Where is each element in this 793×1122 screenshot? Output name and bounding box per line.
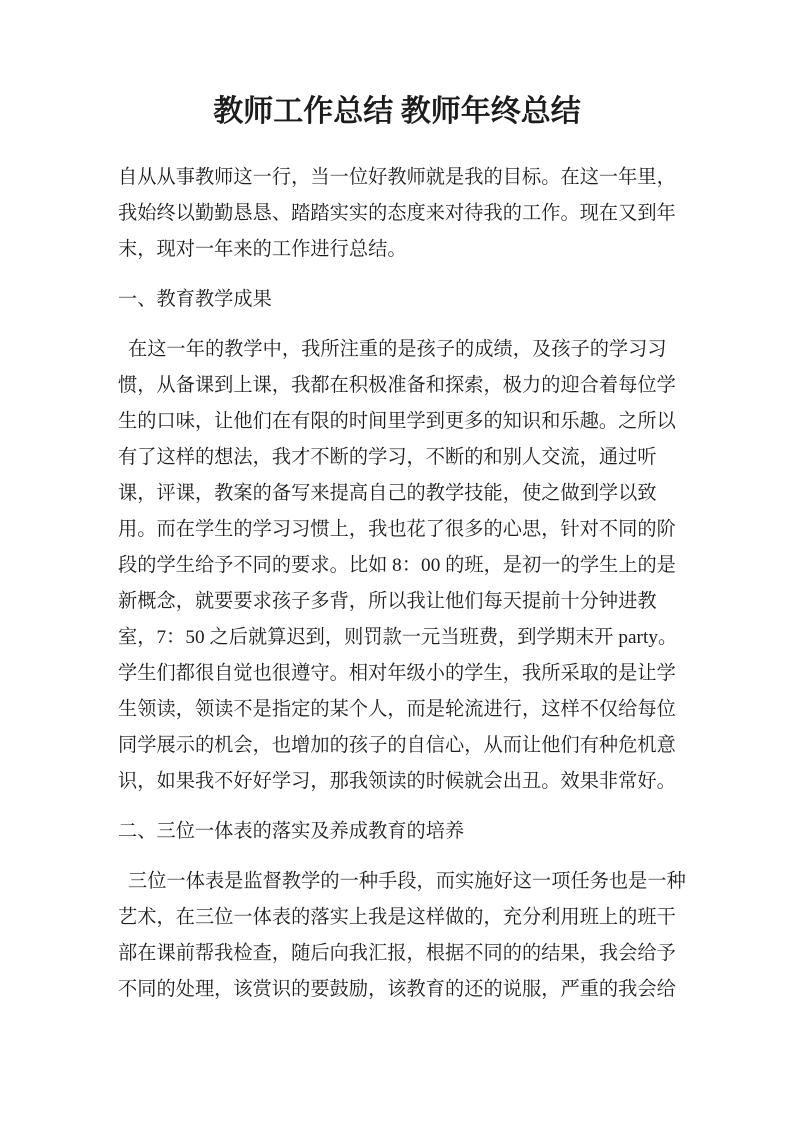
text-line: 不同的处理，该赏识的要鼓励，该教育的还的说服，严重的我会给: [118, 972, 676, 1008]
document-page: 教师工作总结 教师年终总结 自从从事教师这一行，当一位好教师就是我的目标。在这一…: [0, 0, 793, 1122]
text-line: 用。而在学生的学习习惯上，我也花了很多的心思，针对不同的阶: [118, 512, 676, 548]
text-line: 三位一体表是监督教学的一种手段，而实施好这一项任务也是一种: [118, 864, 676, 900]
text-line: 惯，从备课到上课，我都在积极准备和探索，极力的迎合着每位学: [118, 368, 676, 404]
text-line: 部在课前帮我检查，随后向我汇报，根据不同的的结果，我会给予: [118, 936, 676, 972]
text-line: 新概念，就要要求孩子多背，所以我让他们每天提前十分钟进教: [118, 584, 676, 620]
text-line: 末，现对一年来的工作进行总结。: [118, 232, 676, 268]
heading-line: 一、教育教学成果: [118, 282, 676, 318]
text-line: 识，如果我不好好学习，那我领读的时候就会出丑。效果非常好。: [118, 764, 676, 800]
text-line: 室，7：50 之后就算迟到，则罚款一元当班费，到学期末开 party。: [118, 620, 676, 656]
text-line: 生的口味，让他们在有限的时间里学到更多的知识和乐趣。之所以: [118, 404, 676, 440]
document-body: 自从从事教师这一行，当一位好教师就是我的目标。在这一年里，我始终以勤勤恳恳、踏踏…: [118, 160, 676, 1008]
paragraph: 三位一体表是监督教学的一种手段，而实施好这一项任务也是一种艺术，在三位一体表的落…: [118, 864, 676, 1008]
text-line: 有了这样的想法，我才不断的学习，不断的和别人交流，通过听: [118, 440, 676, 476]
text-line: 同学展示的机会，也增加的孩子的自信心，从而让他们有种危机意: [118, 728, 676, 764]
text-line: 在这一年的教学中，我所注重的是孩子的成绩，及孩子的学习习: [118, 332, 676, 368]
section-heading: 二、三位一体表的落实及养成教育的培养: [118, 814, 676, 850]
text-line: 学生们都很自觉也很遵守。相对年级小的学生，我所采取的是让学: [118, 656, 676, 692]
text-line: 我始终以勤勤恳恳、踏踏实实的态度来对待我的工作。现在又到年: [118, 196, 676, 232]
text-line: 自从从事教师这一行，当一位好教师就是我的目标。在这一年里，: [118, 160, 676, 196]
text-line: 段的学生给予不同的要求。比如 8：00 的班，是初一的学生上的是: [118, 548, 676, 584]
paragraph: 在这一年的教学中，我所注重的是孩子的成绩，及孩子的学习习惯，从备课到上课，我都在…: [118, 332, 676, 800]
section-heading: 一、教育教学成果: [118, 282, 676, 318]
text-line: 艺术，在三位一体表的落实上我是这样做的，充分利用班上的班干: [118, 900, 676, 936]
paragraph: 自从从事教师这一行，当一位好教师就是我的目标。在这一年里，我始终以勤勤恳恳、踏踏…: [118, 160, 676, 268]
text-line: 课，评课，教案的备写来提高自己的教学技能，使之做到学以致: [118, 476, 676, 512]
document-title: 教师工作总结 教师年终总结: [118, 90, 676, 134]
heading-line: 二、三位一体表的落实及养成教育的培养: [118, 814, 676, 850]
text-line: 生领读，领读不是指定的某个人，而是轮流进行，这样不仅给每位: [118, 692, 676, 728]
